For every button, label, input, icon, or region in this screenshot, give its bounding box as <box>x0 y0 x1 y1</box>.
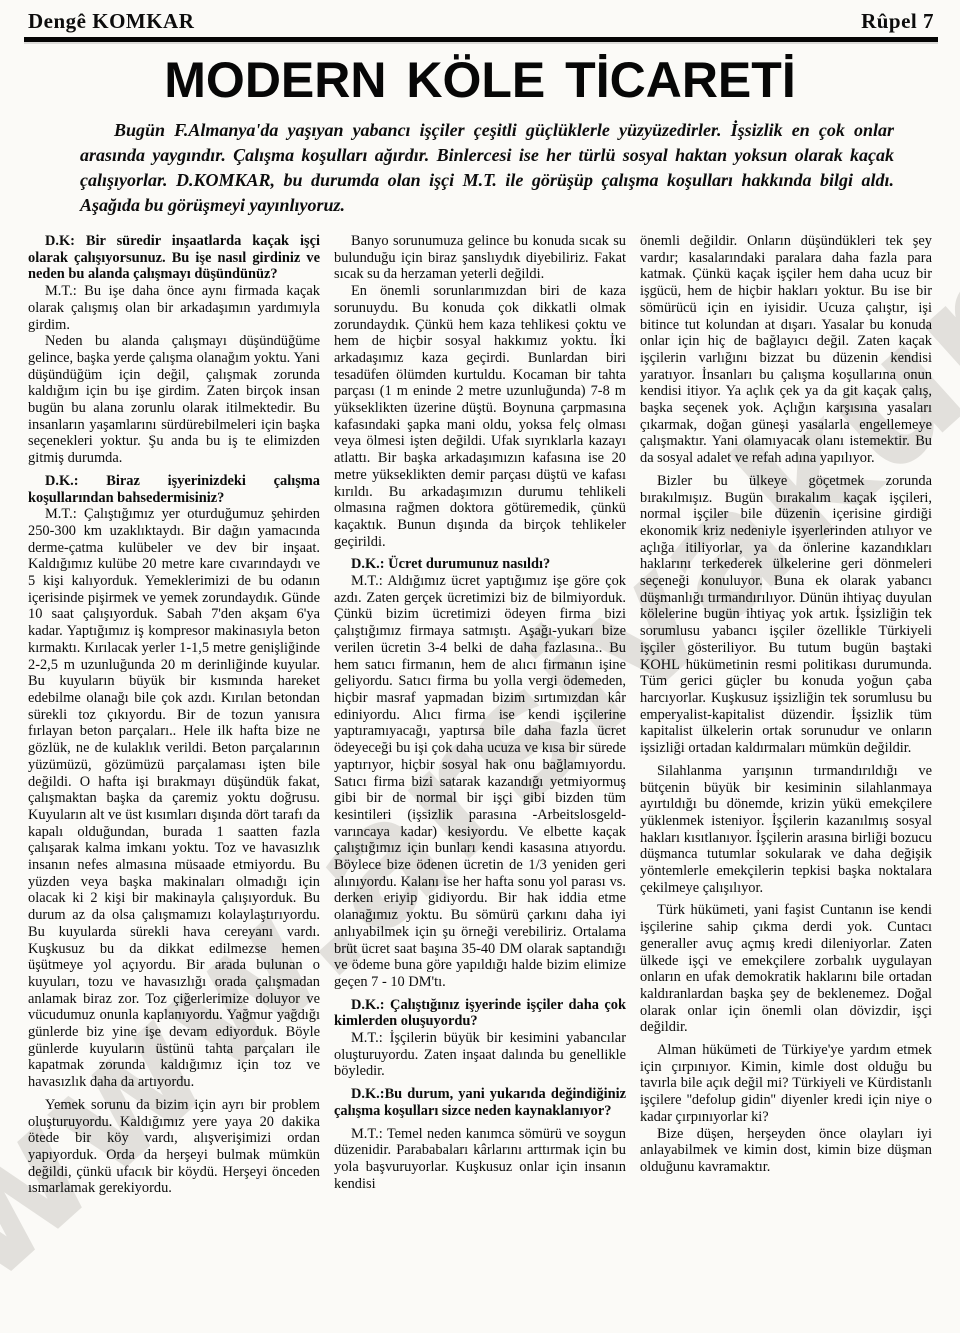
newspaper-page: Dengê KOMKAR Rûpel 7 MODERN KÖLE TİCARET… <box>0 0 960 1333</box>
article-paragraph: Bize düşen, herşeyden önce olayları iyi … <box>640 1126 932 1176</box>
interview-question: D.K.: Biraz işyerinizdeki çalışma koşull… <box>28 473 320 506</box>
article-paragraph: En önemli sorunlarımızdan biri de kaza s… <box>334 283 626 550</box>
article-column-3: önemli değildir. Onların düşündükleri te… <box>640 233 932 1197</box>
page-number: Rûpel 7 <box>861 9 934 34</box>
article-paragraph: Türk hükümeti, yani faşist Cuntanın ise … <box>640 902 932 1036</box>
interview-question: D.K: Bir süredir inşaatlarda kaçak işçi … <box>28 233 320 283</box>
article-paragraph: Bizler bu ülkeye göçetmek zorunda bırakı… <box>640 473 932 757</box>
article-paragraph: önemli değildir. Onların düşündükleri te… <box>640 233 932 467</box>
article-column-1: D.K: Bir süredir inşaatlarda kaçak işçi … <box>28 233 320 1197</box>
article-column-2: Banyo sorunumuza gelince bu konuda sıcak… <box>334 233 626 1197</box>
article-columns: D.K: Bir süredir inşaatlarda kaçak işçi … <box>0 233 960 1197</box>
article-paragraph: M.T.: Bu işe daha önce aynı firmada kaça… <box>28 283 320 333</box>
interview-question: D.K.:Bu durum, yani yukarıda değindiğini… <box>334 1086 626 1119</box>
article-paragraph: M.T.: Temel neden kanımca sömürü ve soyg… <box>334 1126 626 1193</box>
interview-question: D.K.: Çalıştığınız işyerinde işçiler dah… <box>334 997 626 1030</box>
article-paragraph: Alman hükümeti de Türkiye'ye yardım etme… <box>640 1042 932 1126</box>
article-title: MODERN KÖLE TİCARETİ <box>0 53 960 107</box>
article-paragraph: M.T.: Aldığımız ücret yaptığımız işe gör… <box>334 573 626 991</box>
article-paragraph: Banyo sorunumuza gelince bu konuda sıcak… <box>334 233 626 283</box>
article-intro: Bugün F.Almanya'da yaşıyan yabancı işçil… <box>80 118 894 218</box>
page-header: Dengê KOMKAR Rûpel 7 <box>0 0 960 34</box>
article-paragraph: M.T.: Çalıştığımız yer oturduğumuz şehir… <box>28 506 320 1091</box>
header-rule <box>24 37 938 42</box>
article-paragraph: Silahlanma yarışının tırmandırıldığı ve … <box>640 763 932 897</box>
article-paragraph: M.T.: İşçilerin büyük bir kesimini yaban… <box>334 1030 626 1080</box>
newspaper-name: Dengê KOMKAR <box>28 9 194 34</box>
interview-question: D.K.: Ücret durumunuz nasıldı? <box>334 556 626 573</box>
article-paragraph: Yemek sorunu da bizim için ayrı bir prob… <box>28 1097 320 1197</box>
article-paragraph: Neden bu alanda çalışmayı düşündüğüme ge… <box>28 333 320 467</box>
